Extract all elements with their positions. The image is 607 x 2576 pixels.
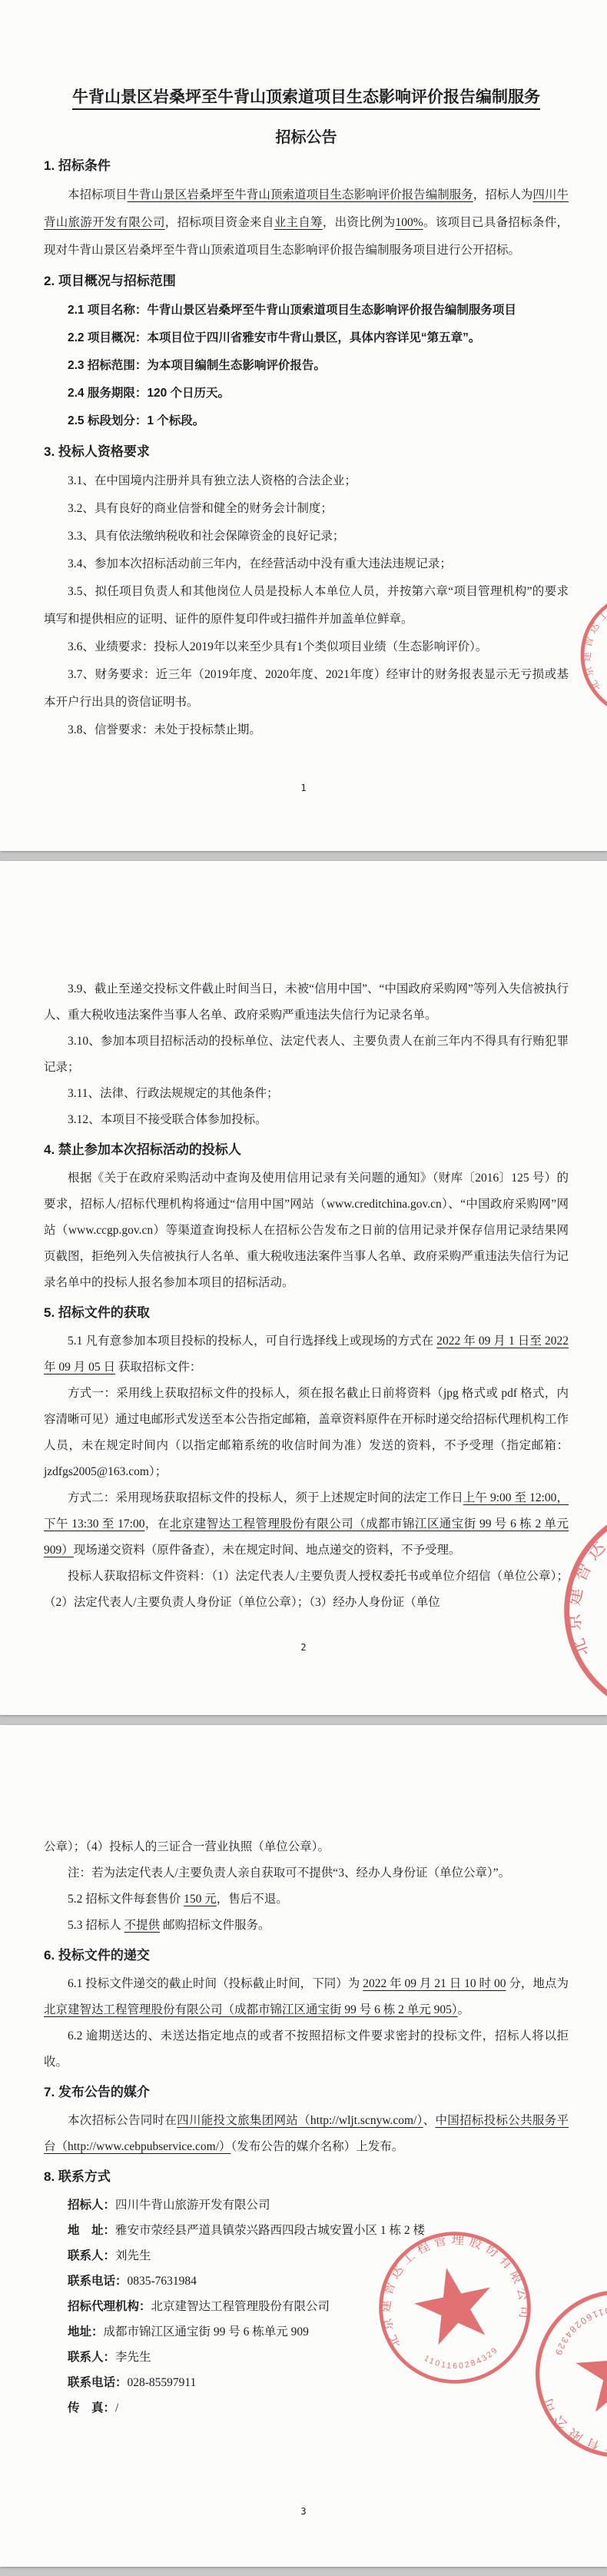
section-7-heading: 7. 发布公告的媒介: [44, 2077, 569, 2108]
section-6-heading: 6. 投标文件的递交: [44, 1940, 569, 1971]
text-segment: 邮购招标文件服务。: [160, 1919, 270, 1932]
text-segment: ，在: [144, 1517, 169, 1531]
continued-paragraph: 公章）；（4）投标人的三证合一营业执照（单位公章）。: [44, 1834, 569, 1860]
item-3-3: 3.3、具有依法缴纳税收和社会保障资金的良好记录；: [44, 523, 569, 550]
item-3-5: 3.5、拟任项目负责人和其他岗位人员是投标人本单位人员，并按第六章“项目管理机构…: [44, 578, 569, 633]
underlined-text: 牛背山景区岩桑坪至牛背山顶索道项目生态影响评价报告编制服务: [128, 188, 473, 201]
seal-company-text: 北京建智达工程管理股份有限公司: [532, 2293, 607, 2491]
text-segment: 5.1 凡有意参加本项目投标的投标人，可自行选择线上或现场的方式在: [68, 1335, 436, 1348]
section-4-heading: 4. 禁止参加本次招标活动的投标人: [44, 1135, 569, 1165]
scanned-document: 牛背山景区岩桑坪至牛背山顶索道项目生态影响评价报告编制服务 招标公告 1. 招标…: [0, 0, 607, 2576]
page-number-2: 2: [0, 1642, 607, 1653]
underlined-text: 150 元: [184, 1893, 217, 1906]
underlined-text: 100%: [396, 216, 423, 229]
item-3-12: 3.12、本项目不接受联合体参加投标。: [44, 1107, 569, 1133]
item-3-10: 3.10、参加本项目招标活动的投标单位、法定代表人、主要负责人在前三年内不得具有…: [44, 1029, 569, 1081]
item-3-4: 3.4、参加本次招标活动前三年内，在经营活动中没有重大违法违规记录；: [44, 550, 569, 578]
text-segment: ，售后不退。: [217, 1893, 288, 1906]
page-2: 3.9、截止至递交投标文件截止时间当日，未被“信用中国”、“中国政府采购网”等列…: [0, 861, 607, 1715]
page-gap: [0, 851, 607, 861]
text-segment: 分，地点为: [506, 1977, 569, 1990]
doc-title: 牛背山景区岩桑坪至牛背山顶索道项目生态影响评价报告编制服务: [44, 86, 569, 109]
text-segment: 。: [458, 2003, 470, 2016]
contact-value: 四川牛背山旅游开发有限公司: [115, 2199, 270, 2212]
underlined-text: 2022 年 09 月 21 日 10 时 00: [363, 1977, 506, 1990]
text-segment: 6.1 投标文件递交的截止时间（投标截止时间，下同）为: [68, 1977, 363, 1990]
section-3-heading: 3. 投标人资格要求: [44, 437, 569, 467]
doc-subtitle: 招标公告: [44, 126, 569, 149]
text-segment: （发布公告的媒介名称）上发布。: [231, 2140, 404, 2153]
contact-value: /: [115, 2401, 118, 2415]
page-1: 牛背山景区岩桑坪至牛背山顶索道项目生态影响评价报告编制服务 招标公告 1. 招标…: [0, 0, 607, 851]
item-3-9: 3.9、截止至递交投标文件截止时间当日，未被“信用中国”、“中国政府采购网”等列…: [44, 976, 569, 1029]
contact-label: 联系人：: [68, 2249, 115, 2262]
contact-label: 招标代理机构：: [68, 2300, 151, 2313]
required-documents-paragraph: 投标人获取招标文件资料：（1）法定代表人/主要负责人授权委托书或单位介绍信（单位…: [44, 1564, 569, 1616]
contact-value: 北京建智达工程管理股份有限公司: [151, 2300, 330, 2313]
item-5-2: 5.2 招标文件每套售价 150 元，售后不退。: [44, 1886, 569, 1913]
contact-value: 0835-7631984: [128, 2275, 197, 2288]
item-3-6: 3.6、业绩要求：投标人2019年以来至少具有1个类似项目业绩（生态影响评价）。: [44, 633, 569, 661]
doc-title-text: 牛背山景区岩桑坪至牛背山顶索道项目生态影响评价报告编制服务: [72, 88, 540, 110]
item-3-2: 3.2、具有良好的商业信誉和健全的财务会计制度；: [44, 495, 569, 523]
section-5-heading: 5. 招标文件的获取: [44, 1298, 569, 1328]
item-2-1: 2.1 项目名称：牛背山景区岩桑坪至牛背山顶索道项目生态影响评价报告编制服务项目: [44, 297, 569, 324]
item-5-1: 5.1 凡有意参加本项目投标的投标人，可自行选择线上或现场的方式在 2022 年…: [44, 1328, 569, 1381]
contact-value: 李先生: [115, 2351, 151, 2364]
contact-label: 招标人：: [68, 2199, 115, 2212]
section-8-heading: 8. 联系方式: [44, 2162, 569, 2192]
method-2-paragraph: 方式二：采用现场获取招标文件的投标人，须于上述规定时间的法定工作日上午 9:00…: [44, 1485, 569, 1564]
page-number-1: 1: [0, 783, 607, 793]
contact-value: 雅安市荥经县严道具镇荥兴路西四段古城安置小区 1 栋 2 楼: [115, 2224, 425, 2237]
contact-label: 传 真：: [68, 2401, 115, 2415]
item-3-7: 3.7、财务要求：近三年（2019年度、2020年度、2021年度）经审计的财务…: [44, 661, 569, 716]
method-1-paragraph: 方式一：采用线上获取招标文件的投标人，须在报名截止日前将资料（jpg 格式或 p…: [44, 1381, 569, 1485]
item-6-2: 6.2 逾期送达的、未送达指定地点的或者不按照招标文件要求密封的投标文件，招标人…: [44, 2023, 569, 2076]
note-paragraph: 注：若为法定代表人/主要负责人亲自获取可不提供“3、经办人身份证（单位公章）”。: [44, 1860, 569, 1886]
page-3: 公章）；（4）投标人的三证合一营业执照（单位公章）。 注：若为法定代表人/主要负…: [0, 1725, 607, 2567]
contact-value: 成都市锦江区通宝街 99 号 6 栋单元 909: [104, 2325, 309, 2338]
item-2-3: 2.3 招标范围：为本项目编制生态影响评价报告。: [44, 352, 569, 380]
underlined-text: 业主自筹: [274, 216, 323, 229]
text-segment: ，招标项目资金来自: [165, 216, 274, 229]
item-3-1: 3.1、在中国境内注册并具有独立法人资格的合法企业；: [44, 467, 569, 495]
text-segment: 本招标项目: [68, 188, 128, 201]
underlined-text: 北京建智达工程管理股份有限公司（成都市锦江区通宝街 99 号 6 栋 2 单元 …: [44, 2003, 458, 2016]
text-segment: 获取招标文件：: [115, 1361, 201, 1374]
contact-label: 联系人：: [68, 2351, 115, 2364]
seal-company-text: 北京建智达工程管理股份有限公司: [554, 1495, 607, 1664]
contact-fax: 传 真：/: [68, 2395, 569, 2421]
text-segment: 5.3 招标人: [68, 1919, 124, 1932]
text-segment: 现场递交资料（原件备查），未在规定时间、地点递交的资料，不予受理。: [74, 1544, 461, 1557]
underlined-text: 四川能投文旅集团网站（http://wljt.scnyw.com/）: [177, 2114, 423, 2127]
seal-star: [409, 2260, 500, 2348]
page-gap: [0, 1715, 607, 1725]
contact-label: 地址：: [68, 2325, 104, 2338]
section-2-heading: 2. 项目概况与招标范围: [44, 266, 569, 297]
text-segment: 本次招标公告同时在: [68, 2114, 177, 2127]
contact-label: 联系电话：: [68, 2275, 128, 2288]
underlined-text: 不提供: [124, 1919, 161, 1932]
contact-value: 028-85597911: [128, 2376, 197, 2389]
text-segment: 5.2 招标文件每套售价: [68, 1893, 184, 1906]
page-number-3: 3: [0, 2506, 607, 2517]
scan-bottom-edge: [0, 2567, 607, 2576]
text-segment: ，出资比例为: [323, 216, 396, 229]
contact-label: 地 址：: [68, 2224, 115, 2237]
company-seal-partial-2: 北京建智达工程管理股份有限公司 1101160284329: [546, 1485, 607, 1715]
text-segment: 方式二：采用现场获取招标文件的投标人，须于上述规定时间的法定工作日: [68, 1491, 463, 1504]
intro-paragraph: 本招标项目牛背山景区岩桑坪至牛背山顶索道项目生态影响评价报告编制服务，招标人为四…: [44, 181, 569, 264]
section-1-heading: 1. 招标条件: [44, 151, 569, 181]
contact-label: 联系电话：: [68, 2376, 128, 2389]
contact-value: 刘先生: [115, 2249, 151, 2262]
text-segment: ，招标人为: [473, 188, 533, 201]
media-paragraph: 本次招标公告同时在四川能投文旅集团网站（http://wljt.scnyw.co…: [44, 2108, 569, 2160]
seal-star: [604, 614, 607, 690]
item-2-5: 2.5 标段划分：1 个标段。: [44, 407, 569, 435]
section-4-body: 根据《关于在政府采购活动中查询及使用信用记录有关问题的通知》（财库〔2016〕1…: [44, 1165, 569, 1296]
item-3-8: 3.8、信誉要求：未处于投标禁止期。: [44, 716, 569, 744]
item-2-2: 2.2 项目概况：本项目位于四川省雅安市牛背山景区，具体内容详见“第五章”。: [44, 324, 569, 352]
contact-tenderer: 招标人：四川牛背山旅游开发有限公司: [68, 2192, 569, 2218]
item-6-1: 6.1 投标文件递交的截止时间（投标截止时间，下同）为 2022 年 09 月 …: [44, 1971, 569, 2023]
item-3-11: 3.11、法律、行政法规规定的其他条件；: [44, 1081, 569, 1107]
text-segment: 、: [423, 2114, 436, 2127]
item-2-4: 2.4 服务期限：120 个日历天。: [44, 380, 569, 407]
item-5-3: 5.3 招标人 不提供 邮购招标文件服务。: [44, 1913, 569, 1939]
